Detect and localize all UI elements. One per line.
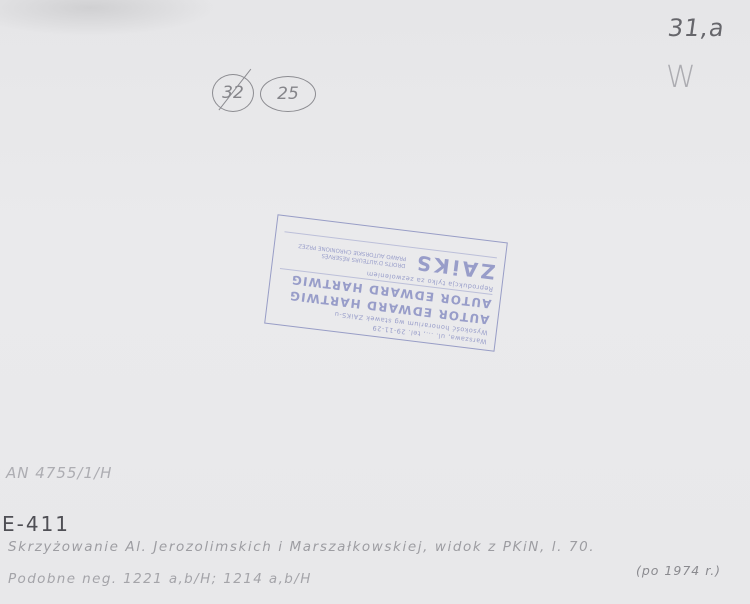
caption-date: (po 1974 r.) [636,563,721,578]
photo-back-page: 31,a W 32 25 Warszawa, ul. ..., tel. 29-… [0,0,750,604]
circled-number-crossed-text: 32 [222,83,244,103]
corner-number: 31,a [666,14,727,42]
circled-number-text: 25 [277,84,299,104]
catalog-id: E-411 [2,512,70,536]
corner-letter: W [666,60,697,95]
circled-number: 25 [260,76,316,112]
inventory-number: AN 4755/1/H [6,464,112,482]
caption-line-1: Skrzyżowanie Al. Jerozolimskich i Marsza… [8,539,595,555]
caption-line-2: Podobne neg. 1221 a,b/H; 1214 a,b/H [8,571,312,587]
circled-number-crossed: 32 [212,74,254,112]
copyright-stamp: Warszawa, ul. ..., tel. 29-11-29 Wysokoś… [264,214,508,351]
